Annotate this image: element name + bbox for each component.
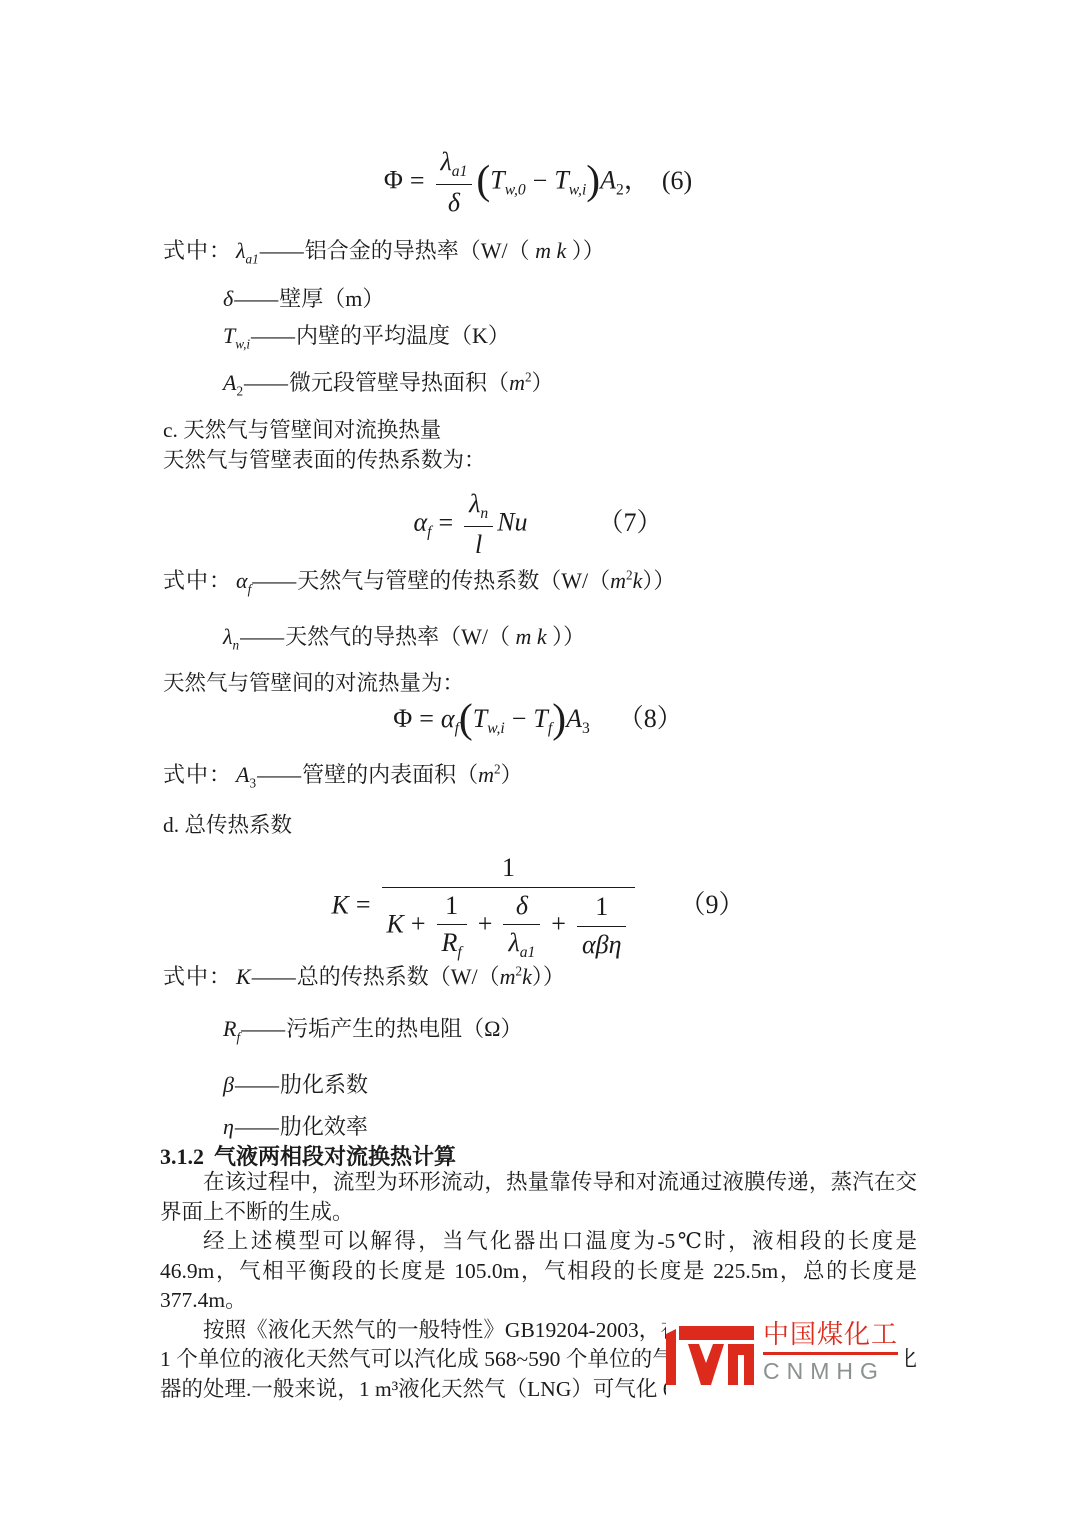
phi-symbol: Φ (393, 704, 412, 733)
logo-subtitle: CNMHG (763, 1358, 898, 1386)
def-delta: δ——壁厚（m） (163, 282, 983, 313)
close-paren: ) (552, 695, 566, 741)
section-heading: 3.1.2气液两相段对流换热计算 (160, 1140, 456, 1171)
def-k: 式中：K——总的传热系数（W/（m2k）） (163, 960, 923, 991)
open-paren: ( (476, 157, 490, 203)
fraction-1-abeta: 1αβη (577, 891, 627, 961)
formula-8: Φ=αf(Tw,i−Tf)A3（8） (160, 698, 916, 738)
equals-sign: = (410, 166, 425, 195)
brand-logo: 中国煤化工 CNMHG (666, 1318, 906, 1430)
fraction-delta-lambda: δλa1 (503, 890, 540, 963)
def-t-wi: Tw,i——内壁的平均温度（K） (163, 319, 983, 352)
coef-intro-line: 天然气与管壁表面的传热系数为： (163, 443, 486, 474)
close-paren: ) (586, 157, 600, 203)
def-r-f: Rf——污垢产生的热电阻（Ω） (163, 1012, 983, 1045)
def-alpha-f: 式中：αf——天然气与管壁的传热系数（W/（m2k）） (163, 564, 923, 597)
def-a3: 式中：A3——管壁的内表面积（m2） (163, 758, 923, 791)
formula-6: Φ=λa1δ(Tw,0−Tw,i)A2，(6) (160, 146, 916, 219)
equation-number-7: （7） (598, 508, 663, 537)
equals-sign: = (438, 508, 453, 537)
mh-logo-icon (666, 1326, 754, 1386)
def-lambda-n: λn——天然气的导热率（W/（ m k ）） (163, 620, 983, 653)
logo-text-block: 中国煤化工 CNMHG (763, 1318, 898, 1385)
fraction-1-rf: 1Rf (437, 890, 467, 963)
outer-fraction: 1K+1Rf+δλa1+1αβη (382, 852, 636, 963)
outer-denominator: K+1Rf+δλa1+1αβη (382, 888, 636, 963)
minus-sign: − (533, 166, 548, 195)
item-c-line: c. 天然气与管壁间对流换热量 (163, 413, 441, 444)
equation-number-9: （9） (679, 890, 744, 919)
section-number: 3.1.2 (160, 1144, 204, 1169)
def-lambda-a1: 式中：λa1——铝合金的导热率（W/（ m k ）） (163, 234, 923, 267)
def-eta: η——肋化效率 (163, 1110, 983, 1141)
phi-symbol: Φ (384, 166, 403, 195)
formula-9: K=1K+1Rf+δλa1+1αβη（9） (160, 852, 916, 963)
formula-7: αf=λnlNu（7） (160, 488, 916, 561)
logo-title: 中国煤化工 (763, 1318, 898, 1351)
section-title: 气液两相段对流换热计算 (214, 1144, 456, 1169)
paragraph-model-results: 经上述模型可以解得，当气化器出口温度为-5℃时，液相段的长度是 46.9m，气相… (160, 1227, 917, 1316)
equation-number-6: (6) (662, 166, 692, 195)
open-paren: ( (459, 695, 473, 741)
def-beta: β——肋化系数 (163, 1068, 983, 1099)
equals-sign: = (356, 890, 371, 919)
fraction-lambda-l: λnl (464, 488, 493, 561)
equals-sign: = (419, 704, 434, 733)
def-a2: A2——微元段管壁导热面积（m2） (163, 366, 983, 399)
item-d-line: d. 总传热系数 (163, 808, 292, 839)
paragraph-flow-description: 在该过程中，流型为环形流动，热量靠传导和对流通过液膜传递，蒸汽在交界面上不断的生… (160, 1168, 917, 1227)
minus-sign: − (512, 704, 527, 733)
document-page: Φ=λa1δ(Tw,0−Tw,i)A2，(6) 式中：λa1——铝合金的导热率（… (0, 0, 1072, 1516)
logo-underline (763, 1352, 898, 1355)
equation-number-8: （8） (618, 704, 683, 733)
conv-intro-line: 天然气与管壁间的对流热量为： (163, 666, 464, 697)
fraction-lambda-delta: λa1δ (436, 146, 473, 219)
